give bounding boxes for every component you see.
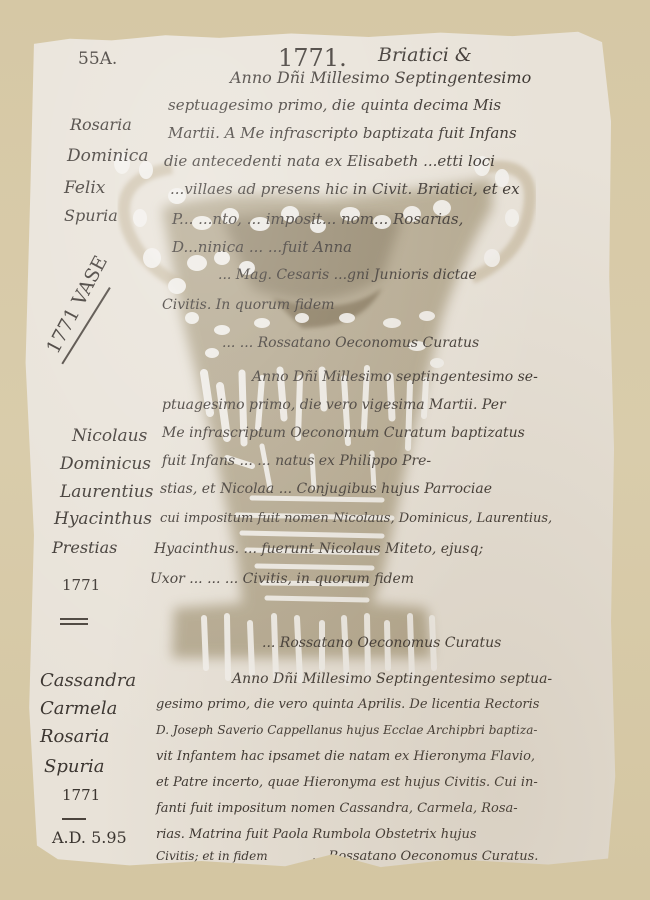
entry-3-line-1: Anno Dñi Millesimo Septingentesimo septu… (232, 672, 552, 686)
entry-1-line-6: P... ...nto, ... imposit... nom... Rosar… (172, 212, 463, 227)
margin-name-hyacinthus: Hyacinthus (54, 511, 152, 528)
header-year: 1771. (278, 46, 347, 70)
entry-3-line-3: D. Joseph Saverio Cappellanus hujus Eccl… (156, 724, 537, 736)
entry-1-signature: ... ... Rossatano Oeconomus Curatus (222, 336, 479, 350)
margin-name-prestias: Prestias (52, 540, 117, 556)
entry-1-line-5: ...villaes ad presens hic in Civit. Bria… (170, 182, 520, 197)
entry-3-line-7: rias. Matrina fuit Paola Rumbola Obstetr… (156, 828, 477, 841)
entry-3-line-2: gesimo primo, die vero quinta Aprilis. D… (156, 698, 539, 711)
header-place: Briatici & (378, 46, 472, 65)
entry-1-line-8: ... Mag. Cesaris ...gni Junioris dictae (218, 268, 477, 282)
year-1-underline-a (60, 618, 88, 620)
entry-3-line-5: et Patre incerto, quae Hieronyma est huj… (156, 776, 538, 789)
entry-2-line-7: Hyacinthus. ... fuerunt Nicolaus Miteto,… (154, 542, 483, 556)
entry-2-line-3: Me infrascriptum Oeconomum Curatum bapti… (162, 426, 525, 440)
margin-name-nicolaus: Nicolaus (72, 428, 147, 445)
entry-1-line-4: die antecedenti nata ex Elisabeth ...ett… (164, 154, 495, 169)
entry-2-line-1: Anno Dñi Millesimo septingentesimo se- (252, 370, 538, 384)
entry-3-line-4: vit Infantem hac ipsamet die natam ex Hi… (156, 750, 535, 763)
margin-name-spuria: Spuria (64, 208, 118, 224)
entry-1-line-2: septuagesimo primo, die quinta decima Mi… (168, 98, 501, 113)
vase-label-underline (61, 287, 110, 364)
margin-year-2: 1771 (62, 788, 100, 803)
vase-label: 1771 VASE (44, 253, 111, 357)
entry-2-line-8: Uxor ... ... ... Civitis, in quorum fide… (150, 572, 414, 586)
manuscript-page: 55A. 1771. Briatici & Rosaria Dominica F… (22, 18, 620, 880)
entry-3-line-8: Civitis; et in fidem (156, 850, 268, 862)
entry-1-line-1: Anno Dñi Millesimo Septingentesimo (230, 70, 531, 86)
margin-year-1: 1771 (62, 578, 100, 593)
footer-reference: A.D. 5.95 (52, 830, 127, 846)
year-2-underline (62, 818, 86, 820)
entry-2-line-6: cui impositum fuit nomen Nicolaus, Domin… (160, 512, 552, 525)
margin-name-spuria-2: Spuria (44, 758, 105, 776)
margin-name-rosaria: Rosaria (70, 117, 132, 133)
entry-2-signature: ... Rossatano Oeconomus Curatus (262, 636, 501, 650)
margin-name-dominica: Dominica (67, 148, 148, 165)
entry-2-line-4: fuit Infans ... ... natus ex Philippo Pr… (162, 454, 431, 468)
vase-illustration (22, 18, 620, 880)
entry-1-line-3: Martii. A Me infrascripto baptizata fuit… (168, 126, 517, 141)
folio-number: 55A. (78, 51, 117, 68)
margin-name-rosaria-2: Rosaria (40, 728, 109, 746)
entry-2-line-2: ptuagesimo primo, die vero vigesima Mart… (162, 398, 506, 412)
margin-name-felix: Felix (64, 180, 105, 197)
margin-name-laurentius: Laurentius (60, 484, 153, 501)
margin-name-carmela: Carmela (40, 700, 117, 718)
entry-1-line-9: Civitis. In quorum fidem (162, 298, 334, 312)
margin-name-cassandra: Cassandra (40, 672, 136, 690)
year-1-underline-b (60, 623, 88, 625)
margin-name-dominicus: Dominicus (60, 456, 151, 473)
entry-3-line-6: fanti fuit impositum nomen Cassandra, Ca… (156, 802, 518, 815)
entry-2-line-5: stias, et Nicolaa ... Conjugibus hujus P… (160, 482, 492, 496)
entry-1-line-7: D...ninica ... ...fuit Anna (172, 240, 352, 255)
